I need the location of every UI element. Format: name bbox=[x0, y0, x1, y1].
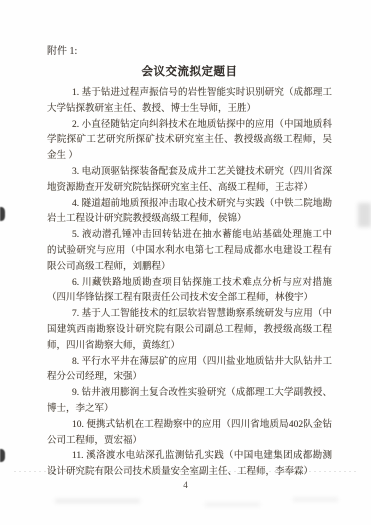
page-number: 4 bbox=[0, 480, 371, 490]
topic-line: 4. 隧道超前地质预报冲击取心技术研究与实践（中铁二院地勘 bbox=[47, 197, 332, 213]
document-page: 附件 1: 会议交流拟定题目 1. 基于钻进过程声振信号的岩性智能实时识别研究（… bbox=[0, 0, 371, 525]
scan-artifact-smudge bbox=[55, 499, 140, 503]
topic-line: 2. 小直径随钻定向纠斜技术在地质钻探中的应用（中国地质科 bbox=[47, 118, 332, 134]
topic-line: 地资源勘查开发研究院钻探研究室主任、高级工程师，王志祥） bbox=[47, 181, 332, 197]
topic-line: 1. 基于钻进过程声振信号的岩性智能实时识别研究（成都理工 bbox=[47, 86, 332, 102]
topic-line: 设计研究院有限公司技术质量安全室副主任、工程师，李奉霖） bbox=[47, 465, 332, 481]
topic-item: 11. 溪洛渡水电站深孔监测钻孔实践（中国电建集团成都勘测设计研究院有限公司技术… bbox=[47, 449, 332, 481]
page-content: 附件 1: 会议交流拟定题目 1. 基于钻进过程声振信号的岩性智能实时识别研究（… bbox=[47, 46, 332, 481]
topic-list: 1. 基于钻进过程声振信号的岩性智能实时识别研究（成都理工大学钻探教研室主任、教… bbox=[47, 86, 332, 481]
topic-line: 公司工程师，贾宏福） bbox=[47, 434, 332, 450]
topic-line: 3. 电动顶驱钻探装备配套及成井工艺关键技术研究（四川省深 bbox=[47, 165, 332, 181]
scan-artifact-left-mark bbox=[0, 207, 5, 221]
topic-line: 岩土工程设计研究院教授级高级工程师，侯锦） bbox=[47, 212, 332, 228]
topic-line: 博士，李之军） bbox=[47, 402, 332, 418]
topic-item: 10. 便携式钻机在工程勘察中的应用（四川省地质局402队金钻公司工程师，贾宏福… bbox=[47, 418, 332, 450]
topic-item: 9. 钻井液用膨润土复合改性实验研究（成都理工大学副教授、博士，李之军） bbox=[47, 386, 332, 418]
scan-artifact-smudge bbox=[358, 203, 371, 227]
topic-line: 限公司高级工程师，刘鹏程） bbox=[47, 260, 332, 276]
scan-artifact-smudge bbox=[293, 498, 338, 501]
topic-line: 的试验研究与应用（中国水利水电第七工程局成都水电建设工程有 bbox=[47, 244, 332, 260]
topic-line: 大学钻探教研室主任、教授、博士生导师，王胜） bbox=[47, 102, 332, 118]
topic-item: 5. 液动潜孔锤冲击回转钻进在抽水蓄能电站基础处理施工中的试验研究与应用（中国水… bbox=[47, 228, 332, 275]
topic-line: 5. 液动潜孔锤冲击回转钻进在抽水蓄能电站基础处理施工中 bbox=[47, 228, 332, 244]
topic-line: 金生 ） bbox=[47, 149, 332, 165]
topic-line: 6. 川藏铁路地质勘查项目钻探施工技术难点分析与应对措施 bbox=[47, 276, 332, 292]
topic-line: （四川华锋钻探工程有限责任公司技术安全部工程师，林俊宇） bbox=[47, 291, 332, 307]
topic-item: 2. 小直径随钻定向纠斜技术在地质钻探中的应用（中国地质科学院探矿工艺研究所探矿… bbox=[47, 118, 332, 165]
topic-item: 6. 川藏铁路地质勘查项目钻探施工技术难点分析与应对措施（四川华锋钻探工程有限责… bbox=[47, 276, 332, 308]
topic-line: 9. 钻井液用膨润土复合改性实验研究（成都理工大学副教授、 bbox=[47, 386, 332, 402]
topic-line: 11. 溪洛渡水电站深孔监测钻孔实践（中国电建集团成都勘测 bbox=[47, 449, 332, 465]
topic-line: 程分公司经理，宋强） bbox=[47, 370, 332, 386]
topic-line: 8. 平行水平井在薄层矿的应用（四川盐业地质钻井大队钻井工 bbox=[47, 355, 332, 371]
topic-line: 10. 便携式钻机在工程勘察中的应用（四川省地质局402队金钻 bbox=[47, 418, 332, 434]
topic-line: 国建筑西南勘察设计研究院有限公司副总工程师，教授级高级工程 bbox=[47, 323, 332, 339]
scan-artifact-left-mark bbox=[0, 449, 5, 462]
topic-line: 师，四川省勘察大师，黄练红） bbox=[47, 339, 332, 355]
scan-artifact-smudge bbox=[205, 503, 260, 506]
attachment-label: 附件 1: bbox=[47, 46, 332, 58]
scan-artifact-dotted-line bbox=[14, 471, 358, 472]
topic-line: 学院探矿工艺研究所探矿技术研究室主任、教授级高级工程师，吴 bbox=[47, 133, 332, 149]
topic-item: 3. 电动顶驱钻探装备配套及成井工艺关键技术研究（四川省深地资源勘查开发研究院钻… bbox=[47, 165, 332, 197]
topic-item: 7. 基于人工智能技术的红层软岩智慧勘察系统研发与应用（中国建筑西南勘察设计研究… bbox=[47, 307, 332, 354]
page-title: 会议交流拟定题目 bbox=[47, 65, 332, 80]
topic-line: 7. 基于人工智能技术的红层软岩智慧勘察系统研发与应用（中 bbox=[47, 307, 332, 323]
topic-item: 8. 平行水平井在薄层矿的应用（四川盐业地质钻井大队钻井工程分公司经理，宋强） bbox=[47, 355, 332, 387]
topic-item: 1. 基于钻进过程声振信号的岩性智能实时识别研究（成都理工大学钻探教研室主任、教… bbox=[47, 86, 332, 118]
topic-item: 4. 隧道超前地质预报冲击取心技术研究与实践（中铁二院地勘岩土工程设计研究院教授… bbox=[47, 197, 332, 229]
